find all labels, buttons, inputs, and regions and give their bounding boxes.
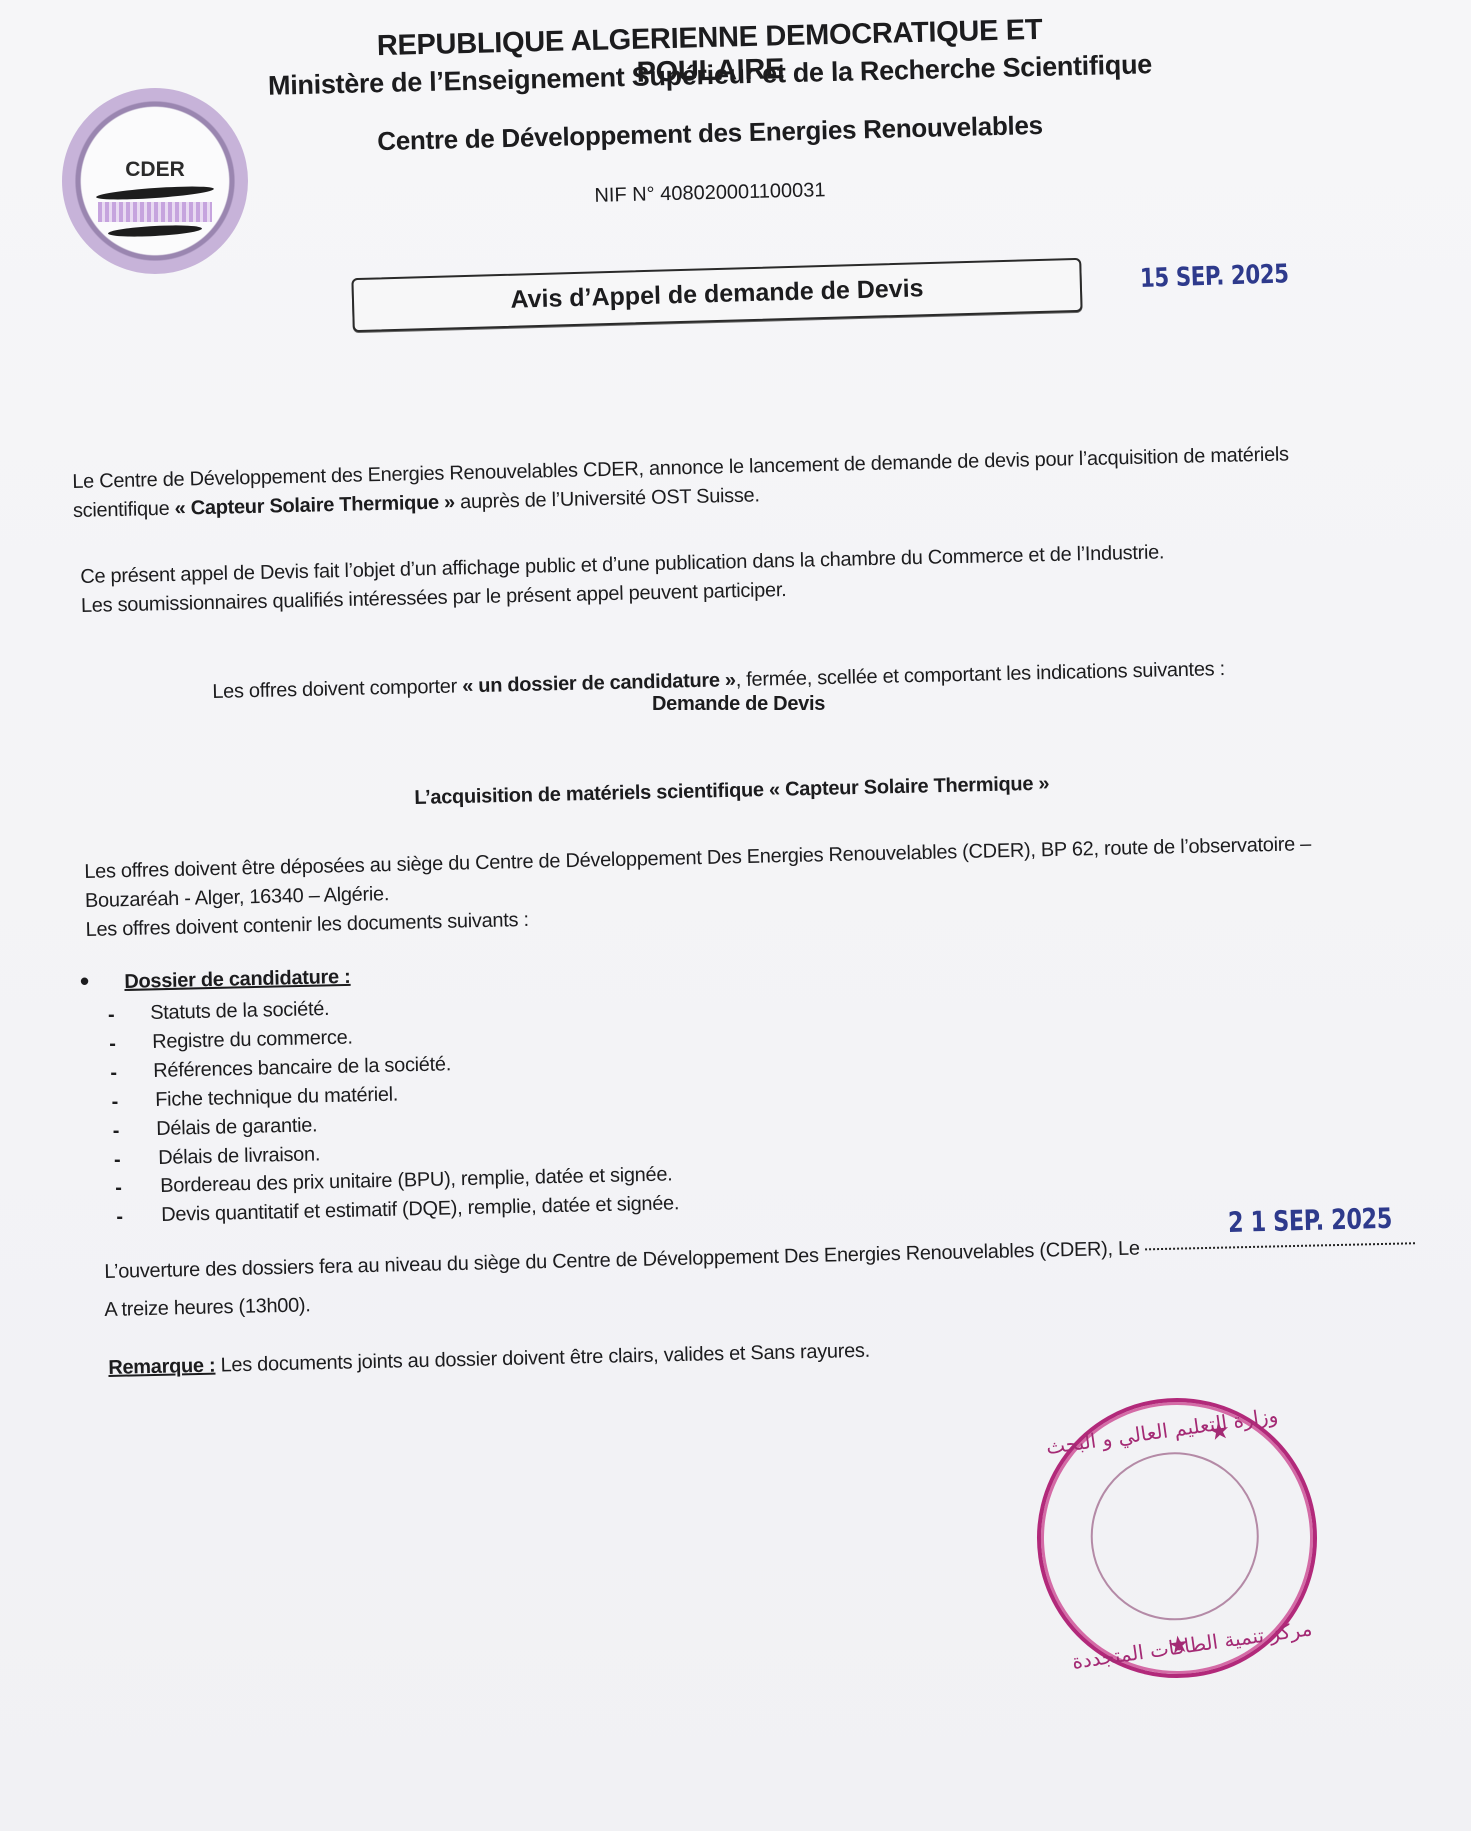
dash-bullet-icon: - (109, 1033, 116, 1056)
logo-wave-icon (96, 184, 214, 202)
dossier-heading: Dossier de candidature : (124, 963, 351, 997)
seal-inner-ring (1080, 1441, 1270, 1631)
center-heading: Centre de Développement des Energies Ren… (340, 109, 1081, 158)
nif-number: NIF N° 408020001100031 (560, 178, 860, 208)
offers-label: Demande de Devis (652, 690, 825, 719)
bullet-icon: • (80, 966, 89, 997)
notice-title-box: Avis d’Appel de demande de Devis (351, 258, 1082, 332)
logo-text: CDER (62, 158, 248, 182)
logo-stripe-icon (98, 202, 212, 222)
opening-date-field (1145, 1242, 1415, 1250)
deposit-paragraph: Les offres doivent être déposées au sièg… (84, 830, 1313, 945)
dash-bullet-icon: - (108, 1004, 115, 1027)
notice-title: Avis d’Appel de demande de Devis (354, 270, 1081, 319)
opening-line-1: L’ouverture des dossiers fera au niveau … (104, 1228, 1415, 1287)
dossier-item: Références bancaire de la société. (153, 1053, 451, 1083)
seal-bottom-text: مركز تنمية الطاقات المتجددة (1056, 1614, 1329, 1676)
intro-paragraph: Le Centre de Développement des Energies … (72, 440, 1290, 526)
star-icon: ★ (1166, 1629, 1191, 1661)
remark-text: Les documents joints au dossier doivent … (215, 1340, 870, 1377)
opening-date-stamp: 2 1 SEP. 2025 (1228, 1202, 1393, 1239)
dossier-item: Devis quantitatif et estimatif (DQE), re… (161, 1193, 679, 1228)
cder-logo: CDER (62, 88, 248, 274)
publicity-paragraph: Ce présent appel de Devis fait l’objet d… (80, 538, 1165, 621)
dash-bullet-icon: - (110, 1062, 117, 1085)
remark-label: Remarque : (108, 1355, 216, 1379)
opening-line-2: A treize heures (13h00). (104, 1291, 311, 1325)
dash-bullet-icon: - (116, 1206, 123, 1229)
product-name: « Capteur Solaire Thermique » (174, 491, 455, 519)
official-seal: وزارة التعليم العالي و البحث مركز تنمية … (1019, 1380, 1335, 1696)
dash-bullet-icon: - (113, 1120, 120, 1143)
dash-bullet-icon: - (112, 1091, 119, 1114)
received-date-stamp: 15 SEP. 2025 (1140, 259, 1290, 294)
logo-wave-icon (108, 224, 202, 239)
dossier-item: Délais de garantie. (156, 1114, 318, 1141)
dossier-item: Délais de livraison. (158, 1143, 320, 1170)
scanned-document: CDER REPUBLIQUE ALGERIENNE DEMOCRATIQUE … (0, 0, 1471, 1831)
dossier-item: Registre du commerce. (152, 1026, 353, 1054)
dossier-item: Statuts de la société. (150, 998, 330, 1025)
dossier-item: Fiche technique du matériel. (155, 1083, 398, 1112)
dash-bullet-icon: - (115, 1177, 122, 1200)
star-icon: ★ (1207, 1416, 1232, 1448)
remark: Remarque : Les documents joints au dossi… (108, 1337, 870, 1383)
acquisition-title: L’acquisition de matériels scientifique … (414, 770, 1050, 813)
dash-bullet-icon: - (114, 1149, 121, 1172)
